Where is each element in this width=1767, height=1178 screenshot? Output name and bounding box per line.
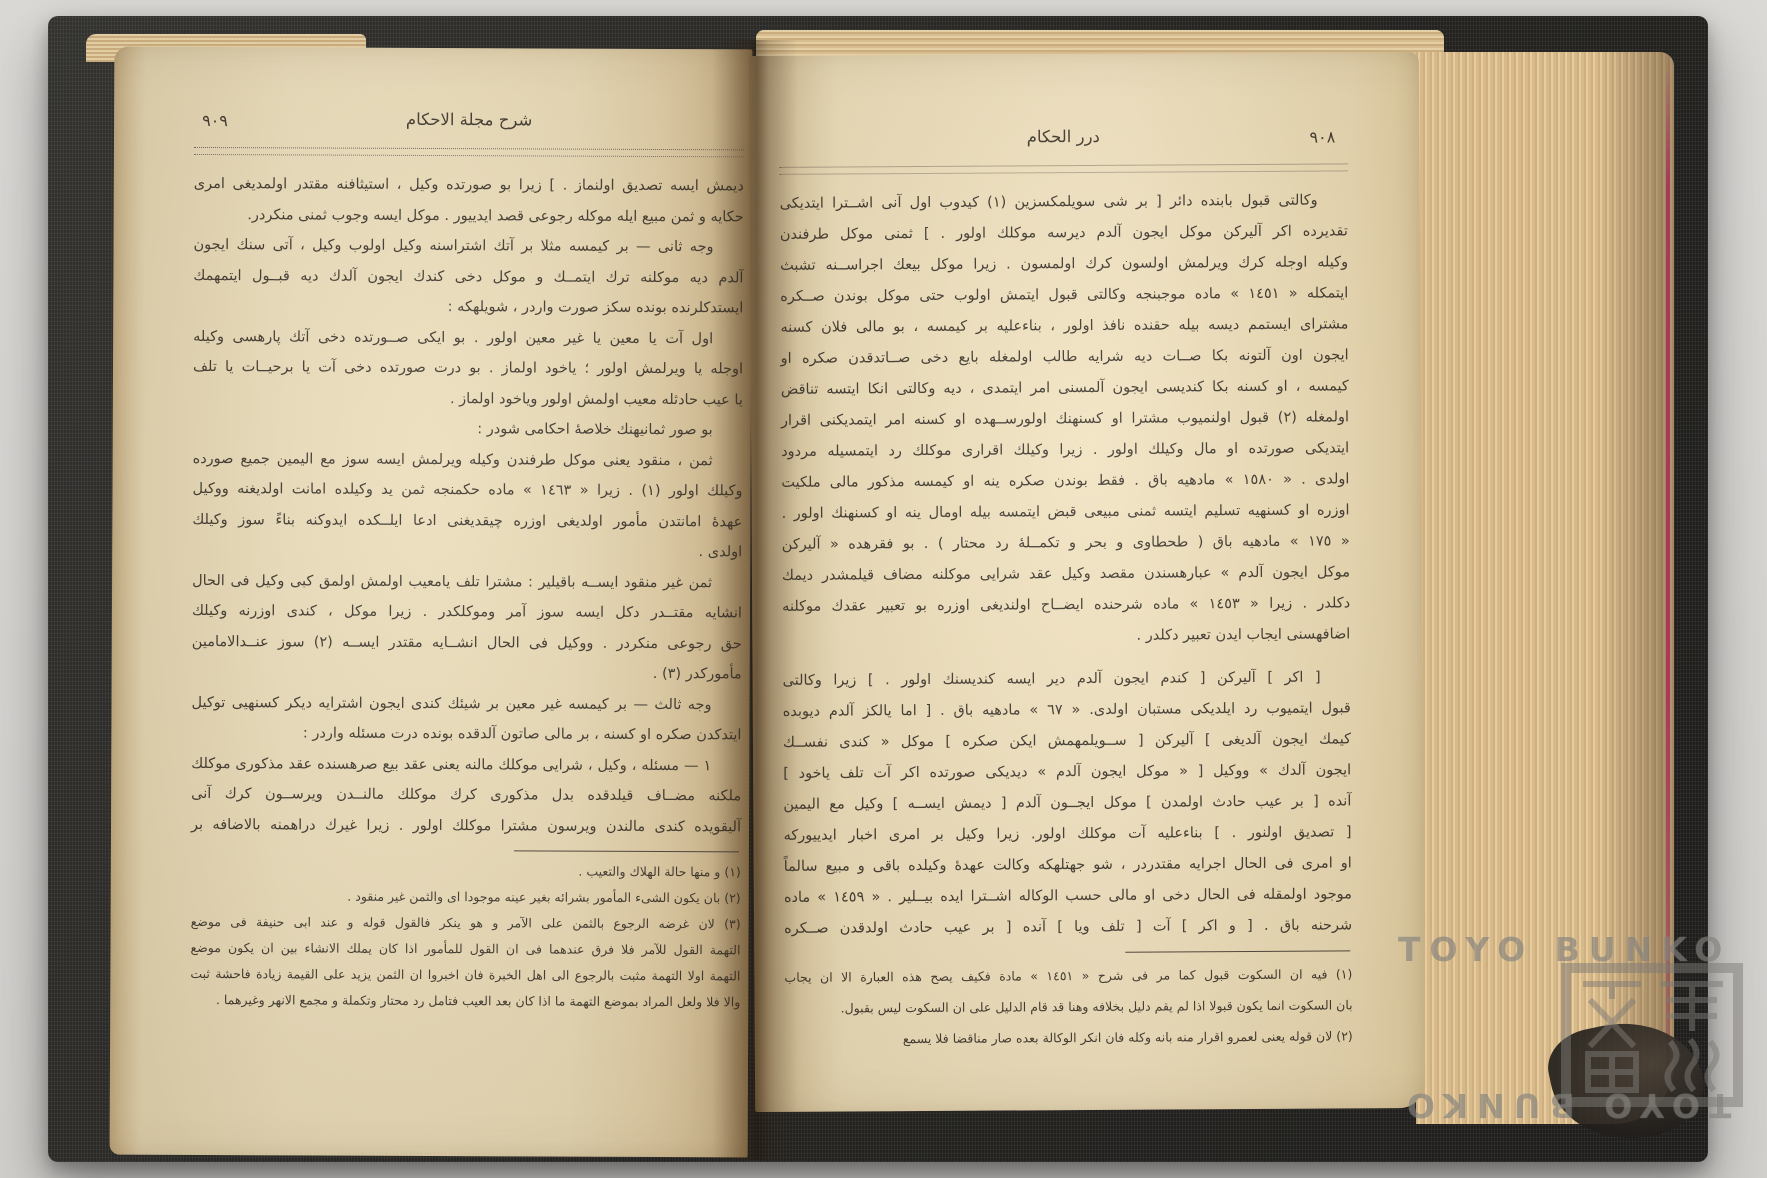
body-line: عهدهٔ امانتدن مأمور اولديغى اوزره چيقديغ… bbox=[192, 504, 742, 537]
body-line: اولمغله (٢) قبول اولنميوب مشترا او كسنهن… bbox=[781, 402, 1349, 436]
body-line: [ اكر ] آليركن [ كندم ايجون آلدم دير ايس… bbox=[783, 662, 1351, 696]
body-line: ثمن ، منقود يعنى موكل طرفندن وكيله ويرلم… bbox=[193, 443, 743, 476]
body-line: او امرى فى الحال اجرايه مقتدردر ، شو جهت… bbox=[784, 848, 1352, 882]
body-line: قبول ايتميوب رد ايلديكى مستبان اولدى. « … bbox=[783, 693, 1351, 727]
footnote-line: التهمة اولا التهمة مثبت بالرجوع الى اهل … bbox=[190, 961, 740, 989]
right-page-body: وكالتى قبول بابنده دائر [ بر شى سويلمكسز… bbox=[780, 185, 1353, 944]
body-line: دكلدر . زيرا « ١٤٥٣ » ماده شرحنده ايضــا… bbox=[782, 588, 1350, 622]
body-line: موجود اولمقله فى الحال دخى او مالى حسب ا… bbox=[784, 879, 1352, 913]
body-line: انشايه مقتــدر دكل ايسه سوز آمر وموكلكدر… bbox=[192, 596, 742, 629]
left-page-text-column: ٩٠٩ شرح مجلة الاحكام ديمش ايسه تصديق اول… bbox=[190, 109, 744, 1015]
body-line: حكايه و ثمن مبيع ايله موكله رجوعى قصد اي… bbox=[194, 199, 744, 232]
body-line: تقديرده اكر آليركن موكل ايجون آلدم ديرسه… bbox=[780, 216, 1348, 250]
left-page: ٩٠٩ شرح مجلة الاحكام ديمش ايسه تصديق اول… bbox=[110, 47, 753, 1158]
running-title-right: درر الحكام bbox=[779, 125, 1347, 147]
body-line: وجه ثانى — بر كيمسه مثلا بر آتك اشتراسنه… bbox=[193, 230, 743, 263]
body-line: وجه ثالث — بر كيمسه غير معين بر شيئك كند… bbox=[191, 687, 741, 720]
body-line: وكيلك اولور (١) . زيرا « ١٤٦٣ » ماده حكم… bbox=[192, 474, 742, 507]
body-line: ايتدكدن صكره او كسنه ، بر مالى صاتون آلد… bbox=[191, 718, 741, 751]
footnote-line: (١) و منها حالة الهلاك والتعيب . bbox=[191, 857, 741, 885]
body-line: ١ — مسئله ، وكيل ، شرايى موكلك مالنه يعن… bbox=[191, 748, 741, 781]
toyo-bunko-watermark-text-mirrored: TOYO BUNKO bbox=[1398, 1086, 1731, 1125]
body-line: مشتراى ايستمم ديسه بيله حقنده نافذ اولور… bbox=[780, 309, 1348, 343]
right-page-header: ٩٠٨ درر الحكام bbox=[779, 125, 1347, 164]
footnote-line: والا فلا ولعل المراد بموضع التهمة ما اذا… bbox=[190, 987, 740, 1015]
footnote-line: (٣) لان غرضه الرجوع بالثمن على الآمر و ه… bbox=[191, 909, 741, 937]
footnote-line: التهمة القول للآمر فلا فرق عندهما فى ان … bbox=[190, 935, 740, 963]
body-line: ايجون اون آلتونه بكا صــات ديه شرايه طال… bbox=[781, 340, 1349, 374]
body-line: وكالتى قبول بابنده دائر [ بر شى سويلمكسز… bbox=[780, 185, 1348, 219]
body-line: اولدى . bbox=[192, 535, 742, 568]
right-page-footnotes: (١) فيه ان السكوت قبول كما مر فى شرح « ١… bbox=[784, 958, 1353, 1054]
left-page-body: ديمش ايسه تصديق اولنماز . ] زيرا بو صورت… bbox=[191, 169, 744, 842]
body-line: ملكنه مضــاف قيلدقده بدل مذكورى كرك موكل… bbox=[191, 779, 741, 812]
body-line: آنده [ بر عيب حادث اولمدن ] موكل ايجــون… bbox=[783, 786, 1351, 820]
footnote-separator-left bbox=[514, 850, 739, 852]
body-line: « ١٧٥ » مادهيه باق ( طحطاوى و بحر و تكمـ… bbox=[782, 526, 1350, 560]
body-line: ايتمكله « ١٤٥١ » ماده موجبنجه وكالتى قبو… bbox=[780, 278, 1348, 312]
body-line: كيمك ايجون آلديغى ] آليركن [ ســويلمهمش … bbox=[783, 724, 1351, 758]
body-line: ثمن غير منقود ايســه باقيلير : مشترا تلف… bbox=[192, 565, 742, 598]
left-page-footnotes: (١) و منها حالة الهلاك والتعيب .(٢) بان … bbox=[190, 857, 741, 1015]
header-rule-right bbox=[779, 163, 1347, 174]
footnote-line: (١) فيه ان السكوت قبول كما مر فى شرح « ١… bbox=[784, 958, 1352, 992]
body-line: حق رجوعى منكردر . ووكيل فى الحال انشــاي… bbox=[192, 626, 742, 659]
body-line: مأموركدر (٣) . bbox=[192, 657, 742, 690]
body-line: ايتديكى صورتده او مال وكيلك اولور . زيرا… bbox=[781, 433, 1349, 467]
body-line: موكل ايجون آلدم » عبارهسندن مقصد وكيل عق… bbox=[782, 557, 1350, 591]
footnote-line: (٢) لان قوله يعنى لعمرو اقرار منه بانه و… bbox=[785, 1020, 1353, 1054]
footnote-separator-right bbox=[1125, 950, 1350, 952]
body-line: يا عيب حادثله معيب اولمش اولور وياخود او… bbox=[193, 382, 743, 415]
body-line: كيمسه ، او كسنه بكا كنديسى ايجون آلمسنى … bbox=[781, 371, 1349, 405]
body-line: آلدم ديه موكلنه ترك ايتمــك و موكل دخى ك… bbox=[193, 260, 743, 293]
book-photo: ٩٠٩ شرح مجلة الاحكام ديمش ايسه تصديق اول… bbox=[0, 0, 1767, 1178]
body-line: اوجله يا ويرلمش اولور ؛ ياخود اولماز . ب… bbox=[193, 352, 743, 385]
body-line: اوزره او كسنهيه تسليم ايتسه ثمنى مبيعى ق… bbox=[781, 495, 1349, 529]
body-line: اولدى . « ١٥٨٠ » مادهيه باق . فقط بوندن … bbox=[781, 464, 1349, 498]
body-line: وكيله اوجله كرك ويرلمش اولسون كرك اولمسو… bbox=[780, 247, 1348, 281]
body-line: ايستدكلرنده بونده سكز صورت واردر ، شويله… bbox=[193, 291, 743, 324]
left-page-header: ٩٠٩ شرح مجلة الاحكام bbox=[194, 109, 744, 147]
body-line: ديمش ايسه تصديق اولنماز . ] زيرا بو صورت… bbox=[194, 169, 744, 202]
footnote-line: (٢) بان يكون الشىء المأمور بشرائه بغير ع… bbox=[191, 883, 741, 911]
running-title-left: شرح مجلة الاحكام bbox=[194, 109, 744, 130]
body-line: آليقويده كندى مالندن ويرسون مشترا موكلك … bbox=[191, 809, 741, 842]
right-page-text-column: ٩٠٨ درر الحكام وكالتى قبول بابنده دائر [… bbox=[779, 125, 1353, 1054]
body-line: ايجون آلدك » ووكيل [ « موكل ايجون آلدم »… bbox=[783, 755, 1351, 789]
footnote-line: بان السكوت انما يكون قبولا اذا لم يقم دل… bbox=[785, 989, 1353, 1023]
body-line: اول آت يا معين يا غير معين اولور . بو اي… bbox=[193, 321, 743, 354]
body-line: [ تصديق اولنور . ] بناءعليه آت موكلك اول… bbox=[783, 817, 1351, 851]
body-line: شرحنه باق . [ و اكر ] آت [ تلف ويا ] آند… bbox=[784, 910, 1352, 944]
header-rule-left bbox=[194, 147, 744, 157]
body-line: اضافهسنى ايجاب ايدن تعبير دكلدر . bbox=[782, 619, 1350, 653]
body-line: بو صور ثمانيهنك خلاصهٔ احكامى شودر : bbox=[193, 413, 743, 446]
right-page: ٩٠٨ درر الحكام وكالتى قبول بابنده دائر [… bbox=[749, 52, 1425, 1112]
